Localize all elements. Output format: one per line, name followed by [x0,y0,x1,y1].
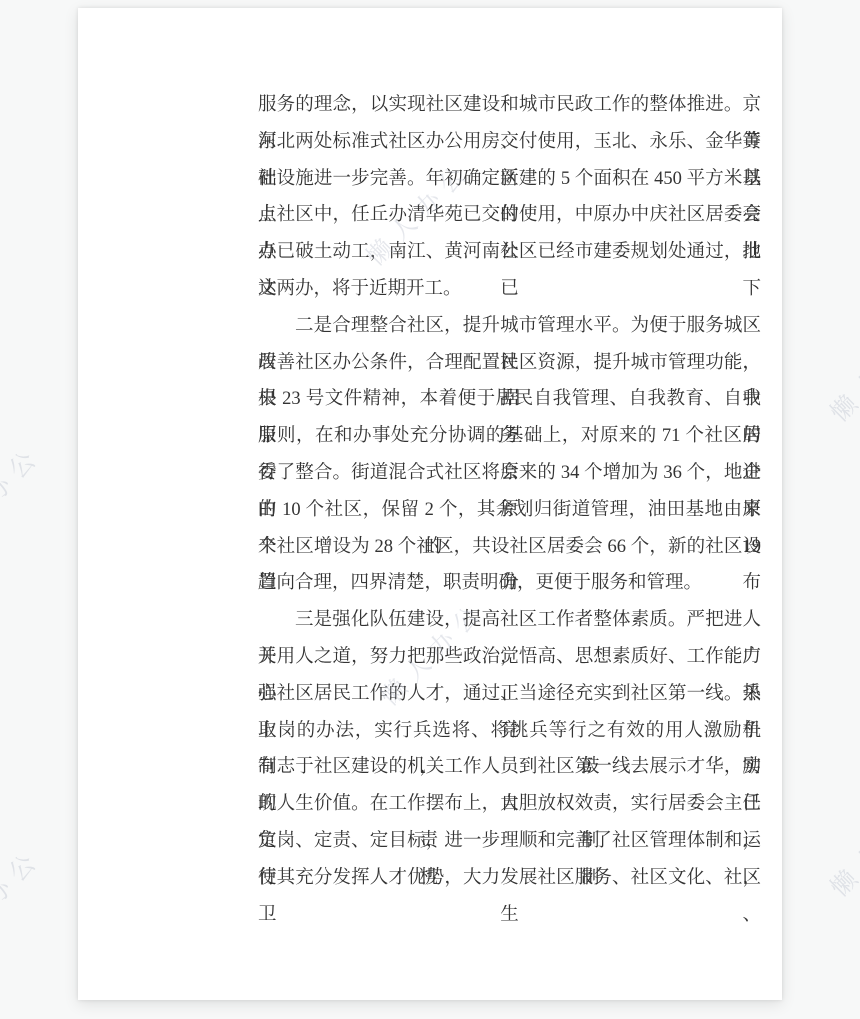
text-line: 点已破土动工，南江、黄河南社区已经市建委规划处通过，批文已下 [258,234,761,271]
text-line: 趋向合理，四界清楚，职责明确，更便于服务和管理。 [258,565,761,602]
text-line: 改善社区办公条件，合理配置社区资源，提升城市管理功能，根据中 [258,345,761,382]
text-line: 开用人之道，努力把那些政治觉悟高、思想素质好、工作能力强、热 [258,639,761,676]
text-line: 河北两处标准式社区办公用房交付使用，玉北、永乐、金华等社区基 [258,124,761,161]
text-line: 行了整合。街道混合式社区将原来的 34 个增加为 36 个，地企由原来 [258,455,761,492]
text-line: 的 10 个社区，保留 2 个，其余划归街道管理，油田基地由原来的 19 [258,492,761,529]
text-line: 点社区中，任丘办清华苑已交付使用，中原办中庆社区居委会办公地 [258,197,761,234]
text-line: 础设施进一步完善。年初确定新建的 5 个面积在 450 平方米以上的亮 [258,161,761,198]
document-viewer: 服务的理念，以实现社区建设和城市民政工作的整体推进。京东、黄河北两处标准式社区办… [0,0,860,1019]
text-line: 个社区增设为 28 个社区，共设社区居委会 66 个，新的社区设置分布 [258,529,761,566]
text-line: 使其充分发挥人才优势，大力发展社区服务、社区文化、社区卫生、 [258,860,761,897]
watermark: 懒人办公 [821,782,860,904]
text-line: 央 23 号文件精神，本着便于居民自我管理、自我教育、自我服务的 [258,381,761,418]
watermark: 懒人办公 [821,307,860,429]
text-line: 上岗的办法，实行兵选将、将挑兵等行之有效的用人激励机制，鼓励 [258,713,761,750]
text-line: 三是强化队伍建设，提高社区工作者整体素质。严把进人关，广 [258,602,761,639]
watermark: 懒人办公 [0,436,49,558]
text-line: 二是合理整合社区，提升城市管理水平。为便于服务城区居民， [258,308,761,345]
document-page: 服务的理念，以实现社区建设和城市民政工作的整体推进。京东、黄河北两处标准式社区办… [78,8,782,1000]
text-line: 服务的理念，以实现社区建设和城市民政工作的整体推进。京东、黄 [258,87,761,124]
text-line: 心社区居民工作的人才，通过正当途径充实到社区第一线。采取竞争 [258,676,761,713]
document-body: 服务的理念，以实现社区建设和城市民政工作的整体推进。京东、黄河北两处标准式社区办… [258,87,761,897]
text-line: 有志于社区建设的机关工作人员到社区第一线去展示才华，实现自己 [258,749,761,786]
text-line: 定岗、定责、定目标，进一步理顺和完善了社区管理体制和运行机制， [258,823,761,860]
text-line: 原则，在和办事处充分协调的基础上，对原来的 71 个社区居委会进 [258,418,761,455]
text-line: 的人生价值。在工作摆布上，大胆放权效责，实行居委会主任负责制， [258,786,761,823]
watermark: 懒人办公 [0,839,49,961]
